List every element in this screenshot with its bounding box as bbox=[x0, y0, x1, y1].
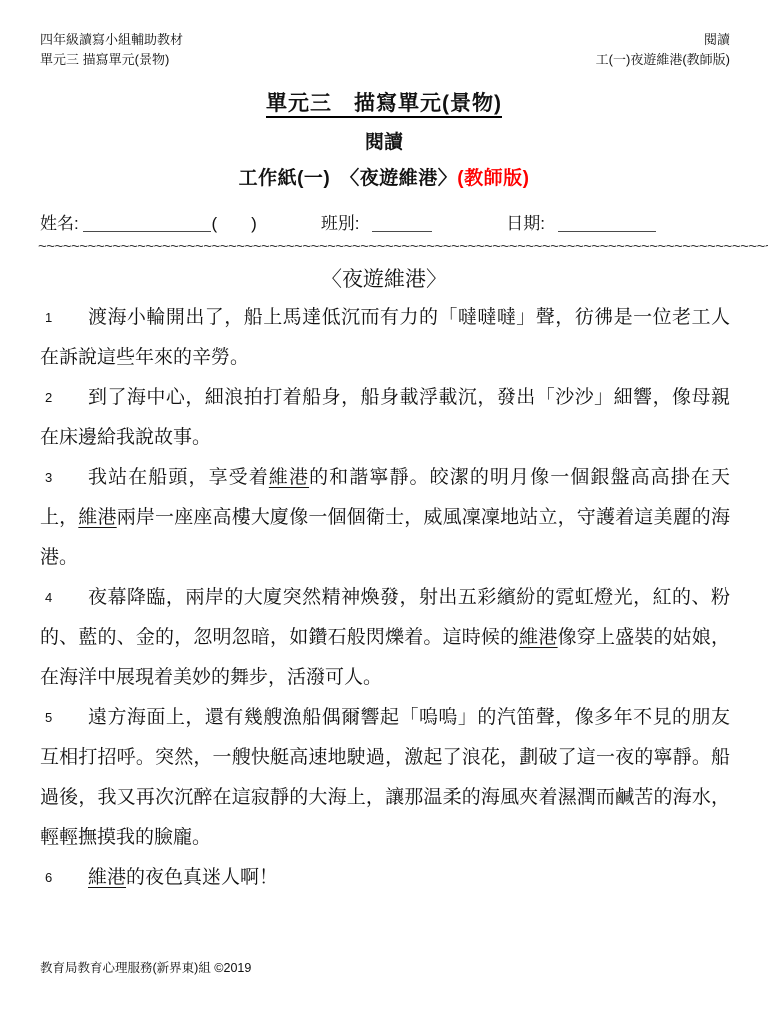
underlined-keyword: 維港 bbox=[88, 867, 126, 888]
paragraph-text: 我站在船頭，享受着 bbox=[88, 467, 269, 488]
worksheet-page: 四年級讀寫小組輔助教材 單元三 描寫單元(景物) 閱讀 工(一)夜遊維港(教師版… bbox=[0, 0, 768, 1024]
paragraph-number: 3 bbox=[45, 458, 52, 498]
class-field-group: 班別: bbox=[321, 211, 432, 235]
class-blank bbox=[372, 211, 432, 232]
header-right: 閱讀 工(一)夜遊維港(教師版) bbox=[596, 30, 730, 70]
unit-title-text: 單元三 描寫單元(景物) bbox=[266, 92, 502, 118]
wavy-separator: ~~~~~~~~~~~~~~~~~~~~~~~~~~~~~~~~~~~~~~~~… bbox=[0, 239, 768, 254]
name-blank bbox=[83, 211, 211, 232]
article-body: 1渡海小輪開出了，船上馬達低沉而有力的「噠噠噠」聲，彷彿是一位老工人在訴說這些年… bbox=[0, 298, 768, 898]
paragraph-text: 渡海小輪開出了，船上馬達低沉而有力的「噠噠噠」聲，彷彿是一位老工人在訴說這些年來… bbox=[40, 307, 730, 368]
reading-title: 閱讀 bbox=[0, 127, 768, 154]
paragraph-text: 遠方海面上，還有幾艘漁船偶爾響起「嗚嗚」的汽笛聲，像多年不見的朋友互相打招呼。突… bbox=[40, 707, 730, 848]
header-unit-title: 單元三 描寫單元(景物) bbox=[40, 50, 183, 70]
paragraph-text: 的夜色真迷人啊！ bbox=[126, 867, 278, 888]
article-title: 〈夜遊維港〉 bbox=[0, 265, 768, 295]
paragraph-number: 6 bbox=[45, 858, 52, 898]
underlined-keyword: 維港 bbox=[78, 507, 116, 528]
name-label: 姓名: bbox=[40, 214, 79, 233]
student-info-row: 姓名: () 班別: 日期: bbox=[0, 211, 768, 235]
article-paragraph-5: 5遠方海面上，還有幾艘漁船偶爾響起「嗚嗚」的汽笛聲，像多年不見的朋友互相打招呼。… bbox=[40, 698, 730, 858]
worksheet-title-text: 工作紙(一) 〈夜遊維港〉 bbox=[239, 168, 458, 189]
header-worksheet-label: 工(一)夜遊維港(教師版) bbox=[596, 50, 730, 70]
paragraph-number: 2 bbox=[45, 378, 52, 418]
teacher-version-badge: (教師版) bbox=[457, 168, 529, 189]
class-label: 班別: bbox=[321, 214, 360, 233]
class-number-paren-open: ( bbox=[211, 214, 217, 233]
article-paragraph-4: 4夜幕降臨，兩岸的大廈突然精神煥發，射出五彩繽紛的霓虹燈光，紅的、粉的、藍的、金… bbox=[40, 578, 730, 698]
paragraph-text: 兩岸一座座高樓大廈像一個個衛士，威風凜凜地站立，守護着這美麗的海港。 bbox=[40, 507, 730, 568]
header-course-title: 四年級讀寫小組輔助教材 bbox=[40, 30, 183, 50]
page-header: 四年級讀寫小組輔助教材 單元三 描寫單元(景物) 閱讀 工(一)夜遊維港(教師版… bbox=[0, 0, 768, 70]
paragraph-number: 5 bbox=[45, 698, 52, 738]
underlined-keyword: 維港 bbox=[269, 467, 309, 488]
article-paragraph-6: 6維港的夜色真迷人啊！ bbox=[40, 858, 730, 898]
article-paragraph-3: 3我站在船頭，享受着維港的和諧寧靜。皎潔的明月像一個銀盤高高掛在天上，維港兩岸一… bbox=[40, 458, 730, 578]
paragraph-text: 到了海中心，細浪拍打着船身，船身載浮載沉，發出「沙沙」細響，像母親在床邊給我說故… bbox=[40, 387, 730, 448]
date-label: 日期: bbox=[506, 214, 545, 233]
article-paragraph-2: 2到了海中心，細浪拍打着船身，船身載浮載沉，發出「沙沙」細響，像母親在床邊給我說… bbox=[40, 378, 730, 458]
name-field-group: 姓名: () bbox=[40, 211, 257, 235]
article-paragraph-1: 1渡海小輪開出了，船上馬達低沉而有力的「噠噠噠」聲，彷彿是一位老工人在訴說這些年… bbox=[40, 298, 730, 378]
worksheet-title: 工作紙(一) 〈夜遊維港〉(教師版) bbox=[0, 163, 768, 190]
header-section-label: 閱讀 bbox=[596, 30, 730, 50]
class-number-paren-close: ) bbox=[251, 214, 257, 233]
paragraph-number: 1 bbox=[45, 298, 52, 338]
date-blank bbox=[558, 211, 656, 232]
paragraph-number: 4 bbox=[45, 578, 52, 618]
underlined-keyword: 維港 bbox=[519, 627, 557, 648]
header-left: 四年級讀寫小組輔助教材 單元三 描寫單元(景物) bbox=[40, 30, 183, 70]
footer-credit: 教育局教育心理服務(新界東)組 ©2019 bbox=[40, 958, 251, 976]
unit-title: 單元三 描寫單元(景物) bbox=[0, 87, 768, 117]
date-field-group: 日期: bbox=[506, 211, 655, 235]
